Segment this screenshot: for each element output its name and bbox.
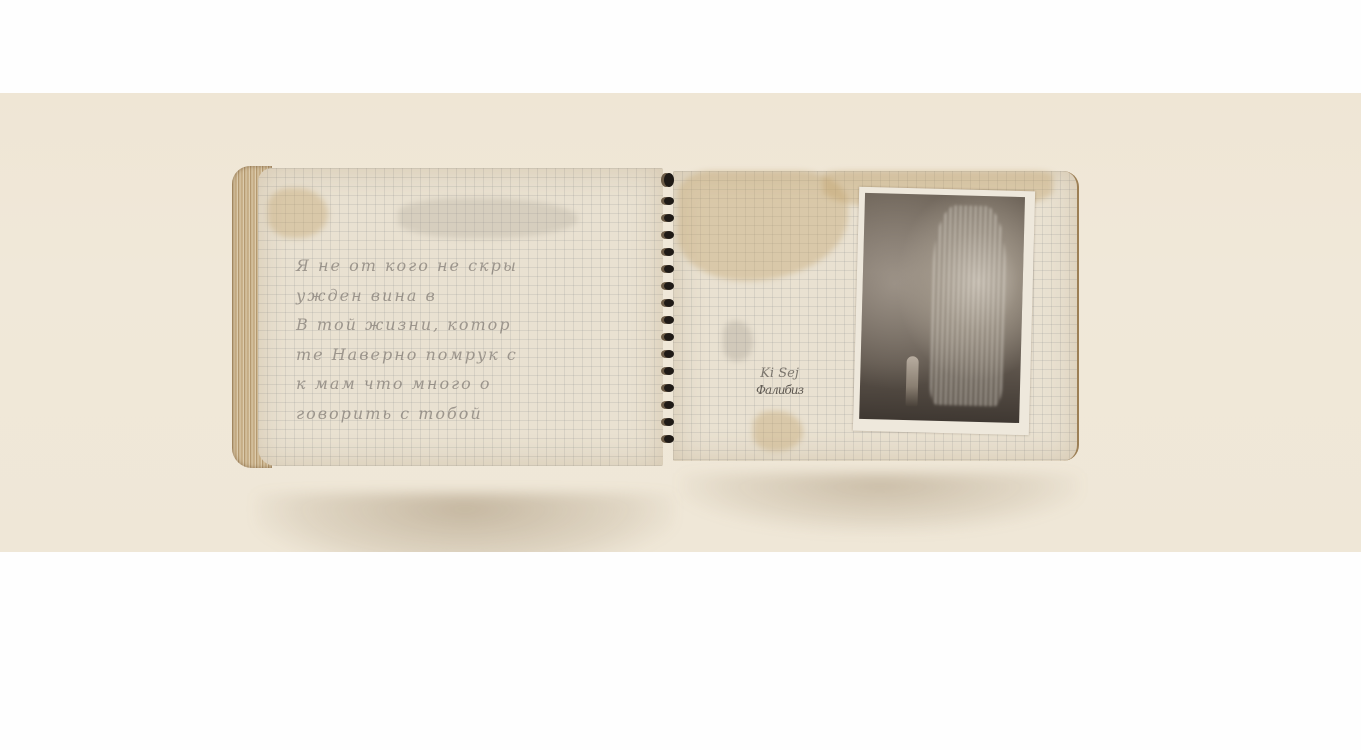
pasted-photograph [853,187,1035,436]
waterfall [930,205,1007,407]
spiral-coil [664,299,674,307]
spiral-coil [664,248,674,256]
standing-person [905,356,918,406]
spiral-coil [664,384,674,392]
spiral-coil [664,435,674,443]
spiral-binding [662,173,676,463]
pencil-signature: Ki Sej Фалибиз [756,366,803,398]
sepia-photo-print [859,193,1025,423]
handwriting-line: к мам что много о [296,369,656,399]
signature-name: Фалибиз [756,382,803,398]
handwriting-line: те Наверно помрук с [296,340,656,370]
spiral-coil [664,173,674,187]
smudge [398,198,578,238]
handwriting-line: Я не от кого не скры [296,251,656,281]
handwritten-text: Я не от кого не скры ужден вина в В той … [296,251,656,428]
spiral-coil [664,418,674,426]
signature-annotation: Ki Sej [756,366,803,382]
spiral-coil [664,333,674,341]
handwriting-line: ужден вина в [296,281,656,311]
notebook-shadow-left [255,493,675,552]
smudge [723,321,753,361]
spiral-coil [664,367,674,375]
handwriting-line: говорить с тобой [296,399,656,429]
spiral-coil [664,350,674,358]
spiral-coil [664,265,674,273]
handwriting-line: В той жизни, котор [296,310,656,340]
spiral-coil [664,197,674,205]
spiral-coil [664,401,674,409]
water-stain [753,411,803,451]
spiral-coil [664,214,674,222]
notebook-shadow-right [680,473,1080,533]
water-stain [268,188,328,238]
spiral-coil [664,316,674,324]
photograph-backdrop: Я не от кого не скры ужден вина в В той … [0,93,1361,552]
spiral-coil [664,282,674,290]
spiral-coil [664,231,674,239]
